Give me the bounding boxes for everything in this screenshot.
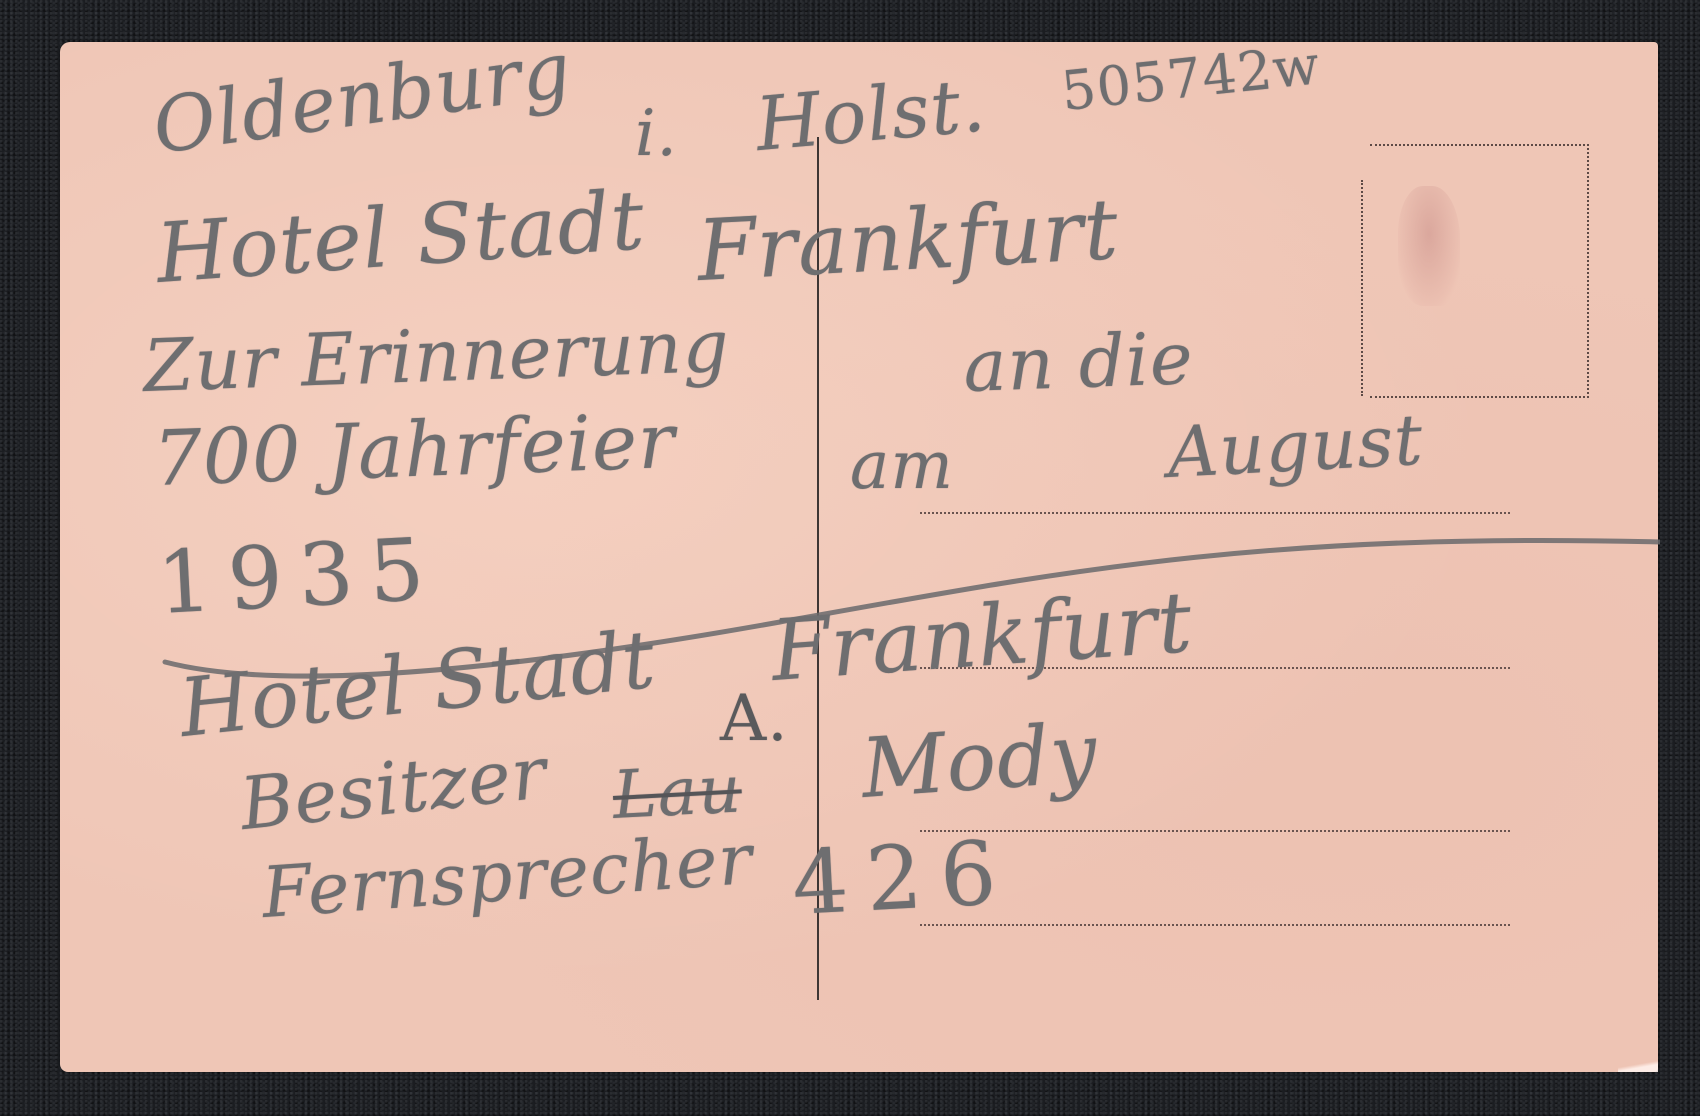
catalog-number: 505742w bbox=[1058, 33, 1323, 123]
message-line-1-i: i. bbox=[635, 97, 678, 171]
message-line-5-year: 1935 bbox=[155, 519, 443, 634]
footer-owner-label: Besitzer bbox=[236, 730, 550, 846]
message-line-3-erinnerung: Zur Erinnerung bbox=[142, 304, 731, 408]
footer-owner-name: Mody bbox=[858, 706, 1100, 817]
address-line-4 bbox=[920, 924, 1510, 926]
footer-hotel-name: Hotel Stadt bbox=[175, 613, 660, 755]
message-line-4-jahrfeier: 700 Jahrfeier bbox=[152, 396, 677, 503]
message-line-2-frankfurt: Frankfurt bbox=[695, 180, 1121, 300]
message-line-3-an-die: an die bbox=[962, 316, 1195, 408]
footer-phone-number: 426 bbox=[790, 821, 1017, 935]
message-line-4-august: August bbox=[1166, 399, 1426, 494]
message-line-4-am: am bbox=[850, 427, 954, 504]
stamp-box bbox=[1370, 144, 1589, 398]
footer-hotel-city: Frankfurt bbox=[768, 573, 1195, 700]
footer-owner-initial: A. bbox=[720, 682, 789, 756]
message-line-2-hotel: Hotel Stadt bbox=[153, 173, 648, 302]
address-line-1 bbox=[920, 512, 1510, 514]
postcard-back: 505742w Oldenburg i. Holst. Hotel Stadt … bbox=[60, 42, 1658, 1072]
message-line-1-city: Oldenburg bbox=[148, 24, 577, 171]
stamp-stain bbox=[1398, 186, 1460, 306]
stamp-box-left-border bbox=[1361, 180, 1363, 396]
card-corner-wear bbox=[1618, 1060, 1658, 1072]
message-line-1-holst: Holst. bbox=[753, 62, 990, 168]
